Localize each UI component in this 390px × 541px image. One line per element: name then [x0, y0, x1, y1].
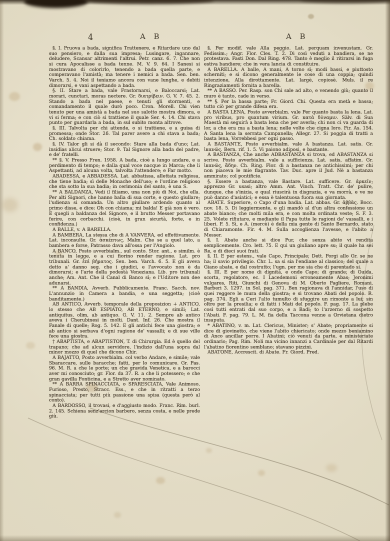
entry-paragraph: §. I. Abate anche si dice Pur, che senza… — [204, 238, 373, 254]
text-column-left-content: §. I. Pruova a bada, significa Trattener… — [49, 46, 200, 420]
entry-paragraph: A BASTA LENA, Posto avverbialm. vale Per… — [204, 110, 373, 142]
entry-paragraph: §. Per modif. vale Alla peggio. Lat. per… — [204, 46, 373, 67]
text-column-right-content: §. Per modif. vale Alla peggio. Lat. per… — [204, 46, 373, 355]
entry-paragraph: A BARELLA. A balle, A mani, A torno sì; … — [204, 67, 373, 88]
entry-paragraph: §. III. E per nome di dignità, e onde Ca… — [204, 270, 373, 323]
page-number: 4 — [88, 33, 93, 42]
entry-paragraph: ** A BANDIA, Avverb. Pubblicamente. Fran… — [49, 286, 200, 302]
foxing-stain — [258, 470, 265, 476]
foxing-stain — [2, 198, 18, 212]
entry-paragraph: AB ANTICO, Avverb. temporale della prepo… — [49, 302, 200, 339]
entry-paragraph: ** §. V. Presso Fren. 1958. A bada, cioè… — [49, 158, 200, 174]
entry-paragraph: §. III. Talvolta per chi attende, o si t… — [49, 126, 200, 142]
foxing-stain — [114, 512, 121, 518]
entry-paragraph: A BARDOSSO, il trovasi, e d'aggiusto mod… — [49, 404, 200, 420]
scan-edge-bottom — [0, 535, 390, 541]
entry-paragraph: §. II. Stare a bada, vale Frastornarsi, … — [49, 89, 200, 126]
foxing-stain — [206, 448, 212, 453]
entry-paragraph: ABATE. Superiore, o Capo d'una badia. La… — [204, 201, 373, 238]
foxing-stain — [326, 464, 337, 472]
text-column-right: §. Per modif. vale Alla peggio. Lat. per… — [204, 46, 373, 431]
entry-paragraph: §. IV. Talor gli si dà il secondo: Stare… — [49, 142, 200, 158]
entry-paragraph: † ABAPTISTA, e ABAPTISTON, T. di Chirurg… — [49, 339, 200, 355]
foxing-stain — [26, 342, 35, 349]
entry-paragraph: A BANCO, Posto avverbialm., sul conto. S… — [49, 249, 200, 286]
entry-paragraph: A BASTANZA, Che anche ADBASTANZA si trov… — [204, 153, 373, 180]
running-head-left: A B — [140, 32, 162, 41]
entry-paragraph: ABADESSA, e ABBADESSA. Lat. abbatissa, a… — [49, 174, 200, 190]
text-column-left: §. I. Pruova a bada, significa Trattener… — [49, 46, 200, 429]
scan-edge-left — [0, 0, 4, 541]
running-head-right: A B — [286, 32, 308, 41]
entry-paragraph: ABATONE, Accrescit. di Abate. Fr. Giord.… — [204, 350, 373, 355]
foxing-stain — [308, 14, 314, 19]
entry-paragraph: §. I. Pruova a bada, significa Trattener… — [49, 46, 200, 89]
entry-paragraph: ** §. Per la bassa parte; Fr. Giord. Chi… — [204, 99, 373, 110]
entry-paragraph: ** A BARRA SPINACCIATA, o SPARESCIATA, V… — [49, 382, 200, 403]
scan-edge-right — [385, 0, 390, 541]
scanned-book-page: 4 A B A B §. I. Pruova a bada, significa… — [0, 0, 390, 541]
entry-paragraph: A BAJATTO, Posto avverbialm. col verbo A… — [49, 355, 200, 382]
entry-paragraph: A BASTANTE, Posto avverbialm. vale A bas… — [204, 142, 373, 153]
entry-paragraph: ** A BALDANZA, Vedi il filiamo, una non … — [49, 190, 200, 227]
foxing-stain — [9, 92, 20, 101]
foxing-stain — [33, 143, 42, 151]
scan-edge-ink-blob — [24, 0, 88, 8]
foxing-stain — [156, 477, 165, 484]
entry-paragraph: * ABATINO, v. m. Lat. Clericus, Minister… — [204, 323, 373, 350]
entry-paragraph: §. Essere a bastanza, vale Bastare. Lat.… — [204, 179, 373, 200]
entry-paragraph: §. II. E per estens., vale Capo, Princip… — [204, 254, 373, 270]
entry-paragraph: A BAMBERA, La stessa che di A VANVERA, e… — [49, 233, 200, 249]
entry-paragraph: ** A BASSO. Per. Rasp. son Chi sale ad a… — [204, 89, 373, 100]
